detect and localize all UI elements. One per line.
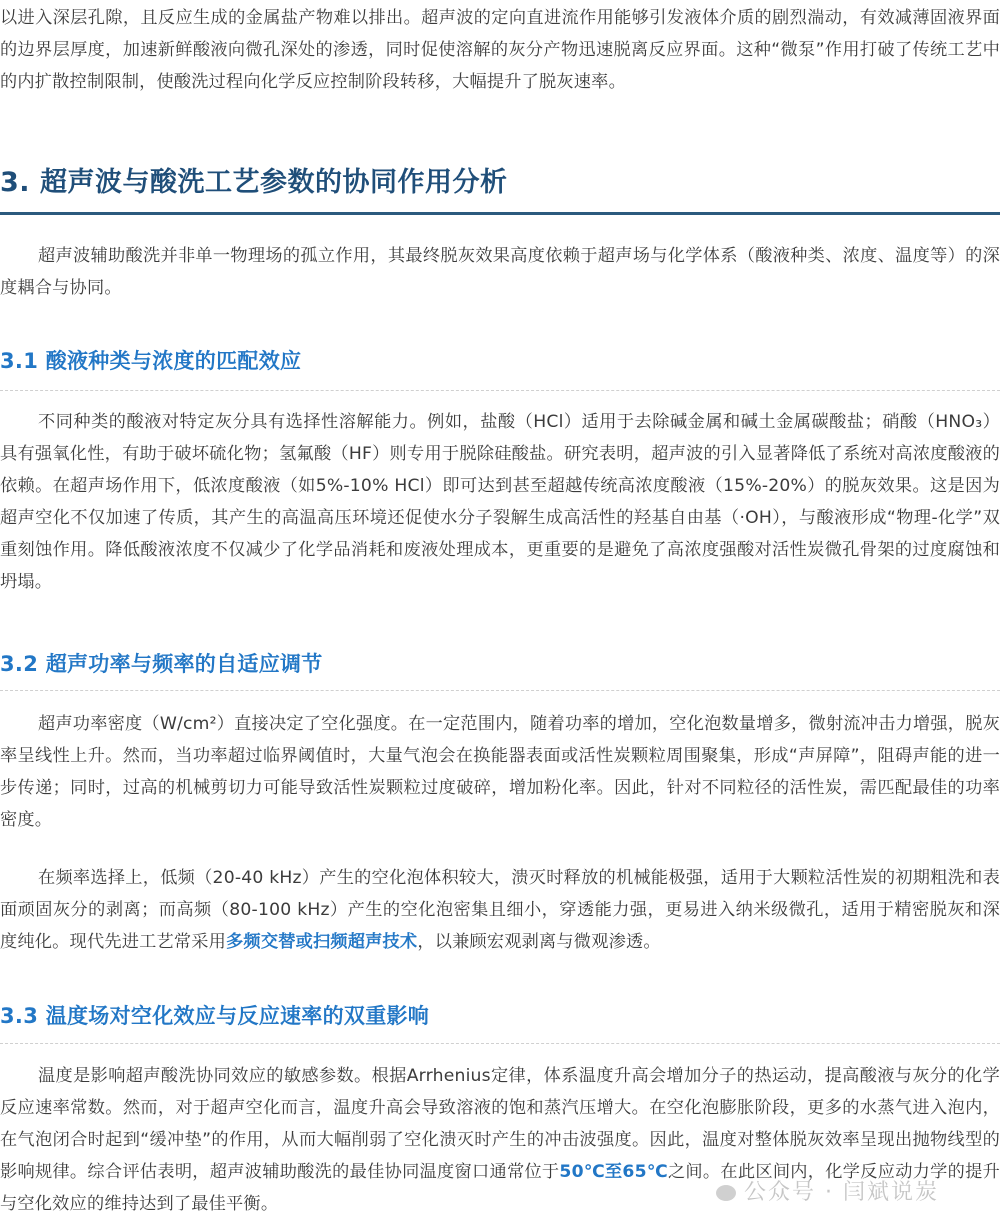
section-3-2-paragraph-1: 超声功率密度（W/cm²）直接决定了空化强度。在一定范围内，随着功率的增加，空化…	[0, 708, 1000, 836]
watermark-text: 公众号 · 闫斌说炭	[744, 1180, 939, 1205]
section-3-intro-block: 超声波辅助酸洗并非单一物理场的孤立作用，其最终脱灰效果高度依赖于超声场与化学体系…	[0, 240, 1000, 304]
watermark: 公众号 · 闫斌说炭	[716, 1175, 939, 1206]
section-3-2-heading: 3.2 超声功率与频率的自适应调节	[0, 648, 323, 678]
section-3-2-paragraph-2: 在频率选择上，低频（20-40 kHz）产生的空化泡体积较大，溃灭时释放的机械能…	[0, 862, 1000, 958]
intro-block: 以进入深层孔隙，且反应生成的金属盐产物难以排出。超声波的定向直进流作用能够引发液…	[0, 2, 1000, 98]
section-3-1-heading: 3.1 酸液种类与浓度的匹配效应	[0, 345, 301, 375]
section-3-2-block-1: 超声功率密度（W/cm²）直接决定了空化强度。在一定范围内，随着功率的增加，空化…	[0, 708, 1000, 836]
section-3-heading: 3. 超声波与酸洗工艺参数的协同作用分析	[0, 160, 507, 199]
section-3-3-heading: 3.3 温度场对空化效应与反应速率的双重影响	[0, 1000, 429, 1030]
highlight-temperature-window: 50℃至65℃	[559, 1162, 668, 1182]
section-3-1-paragraph: 不同种类的酸液对特定灰分具有选择性溶解能力。例如，盐酸（HCl）适用于去除碱金属…	[0, 406, 1000, 598]
section-3-1-block: 不同种类的酸液对特定灰分具有选择性溶解能力。例如，盐酸（HCl）适用于去除碱金属…	[0, 406, 1000, 598]
section-3-intro-paragraph: 超声波辅助酸洗并非单一物理场的孤立作用，其最终脱灰效果高度依赖于超声场与化学体系…	[0, 240, 1000, 304]
section-3-2-block-2: 在频率选择上，低频（20-40 kHz）产生的空化泡体积较大，溃灭时释放的机械能…	[0, 862, 1000, 958]
section-3-divider	[0, 212, 1000, 215]
section-3-2-divider	[0, 690, 1000, 691]
highlight-multifrequency: 多频交替或扫频超声技术	[226, 932, 417, 952]
paragraph-text: ，以兼顾宏观剥离与微观渗透。	[417, 932, 660, 952]
intro-paragraph: 以进入深层孔隙，且反应生成的金属盐产物难以排出。超声波的定向直进流作用能够引发液…	[0, 2, 1000, 98]
section-3-1-divider	[0, 390, 1000, 391]
wechat-icon	[716, 1185, 736, 1201]
section-3-3-divider	[0, 1043, 1000, 1044]
